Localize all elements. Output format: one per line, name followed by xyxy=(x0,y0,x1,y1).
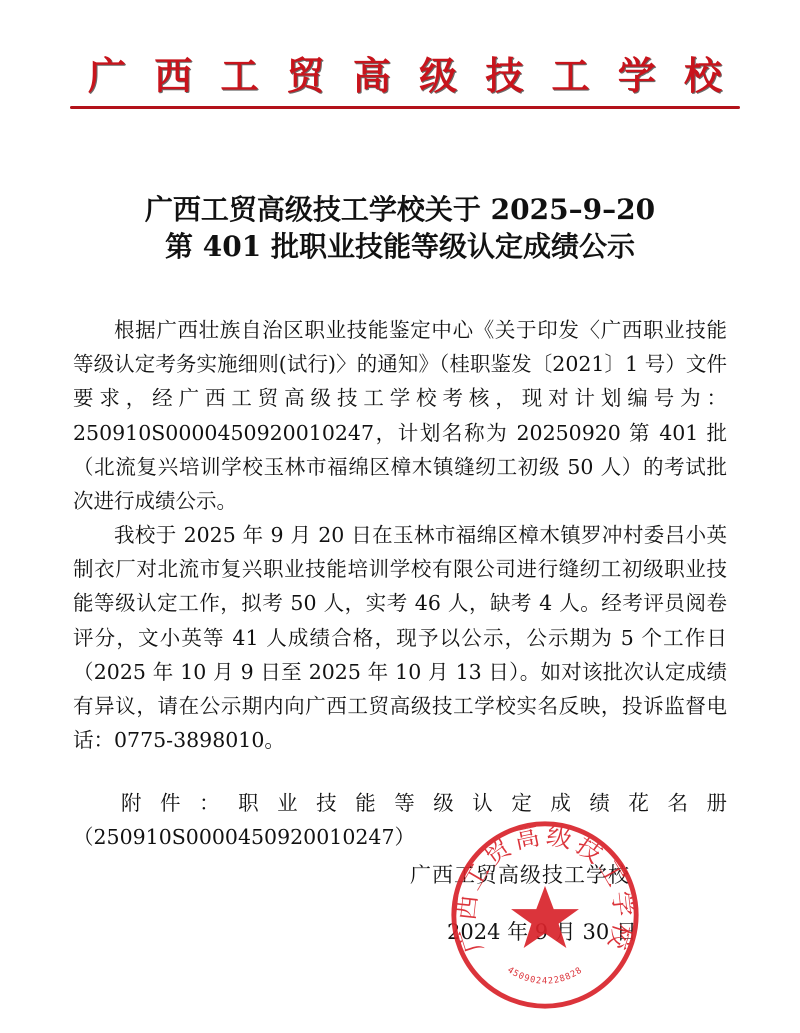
attachment-section: 附 件 ： 职 业 技 能 等 级 认 定 成 绩 花 名 册 （250910S… xyxy=(73,786,727,854)
paragraph-text: 根据广西壮族自治区职业技能鉴定中心《关于印发〈广西职业技能等级认定考务实施细则(… xyxy=(73,313,727,518)
masthead-char: 工 xyxy=(220,56,258,96)
body-paragraph-2: 我校于 2025 年 9 月 20 日在玉林市福绵区樟木镇罗冲村委吕小英制衣厂对… xyxy=(73,518,727,757)
paragraph-text: 我校于 2025 年 9 月 20 日在玉林市福绵区樟木镇罗冲村委吕小英制衣厂对… xyxy=(73,518,727,757)
signature-date: 2024 年 9 月 30 日 xyxy=(447,917,637,947)
svg-text:4509024228828: 4509024228828 xyxy=(505,965,584,986)
masthead-char: 贸 xyxy=(287,56,325,96)
masthead-char: 级 xyxy=(419,56,457,96)
masthead-char: 工 xyxy=(552,56,590,96)
masthead-char: 广 xyxy=(88,56,126,96)
masthead-char: 高 xyxy=(353,56,391,96)
notice-title-line2: 第 401 批职业技能等级认定成绩公示 xyxy=(0,227,800,267)
body-paragraph-1: 根据广西壮族自治区职业技能鉴定中心《关于印发〈广西职业技能等级认定考务实施细则(… xyxy=(73,313,727,518)
signature-organization: 广西工贸高级技工学校 xyxy=(410,860,630,890)
notice-title-line1: 广西工贸高级技工学校关于 2025–9–20 xyxy=(0,190,800,230)
attachment-code: （250910S0000450920010247） xyxy=(73,820,727,854)
masthead-char: 西 xyxy=(154,56,192,96)
attachment-label: 附 件 ： 职 业 技 能 等 级 认 定 成 绩 花 名 册 xyxy=(73,786,727,820)
masthead-char: 技 xyxy=(485,56,523,96)
masthead-char: 校 xyxy=(684,56,722,96)
masthead-divider xyxy=(70,106,740,109)
masthead-char: 学 xyxy=(618,56,656,96)
masthead-title: 广 西 工 贸 高 级 技 工 学 校 xyxy=(70,56,740,96)
